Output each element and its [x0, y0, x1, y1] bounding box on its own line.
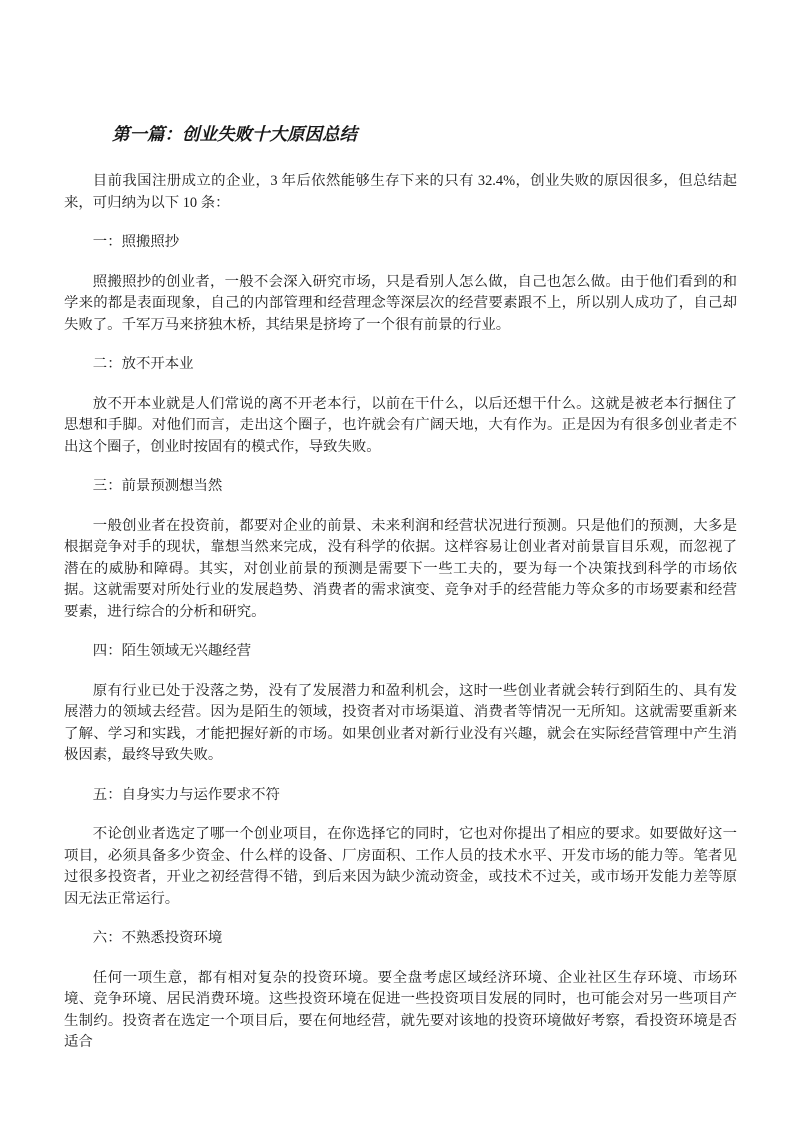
section-body-6: 任何一项生意，都有相对复杂的投资环境。要全盘考虑区域经济环境、企业社区生存环境、… — [64, 968, 737, 1054]
section-body-5: 不论创业者选定了哪一个创业项目，在你选择它的同时，它也对你提出了相应的要求。如要… — [64, 824, 737, 910]
section-heading-1: 一：照搬照抄 — [64, 232, 737, 254]
section-heading-2: 二：放不开本业 — [64, 354, 737, 376]
section-body-3: 一般创业者在投资前，都要对企业的前景、未来利润和经营状况进行预测。只是他们的预测… — [64, 516, 737, 624]
section-heading-4: 四：陌生领域无兴趣经营 — [64, 641, 737, 663]
section-heading-3: 三：前景预测想当然 — [64, 476, 737, 498]
section-heading-6: 六：不熟悉投资环境 — [64, 928, 737, 950]
document-title: 第一篇：创业失败十大原因总结 — [64, 121, 737, 147]
section-heading-5: 五：自身实力与运作要求不符 — [64, 785, 737, 807]
section-body-4: 原有行业已处于没落之势，没有了发展潜力和盈利机会，这时一些创业者就会转行到陌生的… — [64, 681, 737, 767]
document-page: 第一篇：创业失败十大原因总结 目前我国注册成立的企业，3 年后依然能够生存下来的… — [0, 0, 800, 1132]
intro-paragraph: 目前我国注册成立的企业，3 年后依然能够生存下来的只有 32.4%，创业失败的原… — [64, 171, 737, 214]
section-body-1: 照搬照抄的创业者，一般不会深入研究市场，只是看别人怎么做，自己也怎么做。由于他们… — [64, 272, 737, 337]
section-body-2: 放不开本业就是人们常说的离不开老本行，以前在干什么，以后还想干什么。这就是被老本… — [64, 394, 737, 459]
